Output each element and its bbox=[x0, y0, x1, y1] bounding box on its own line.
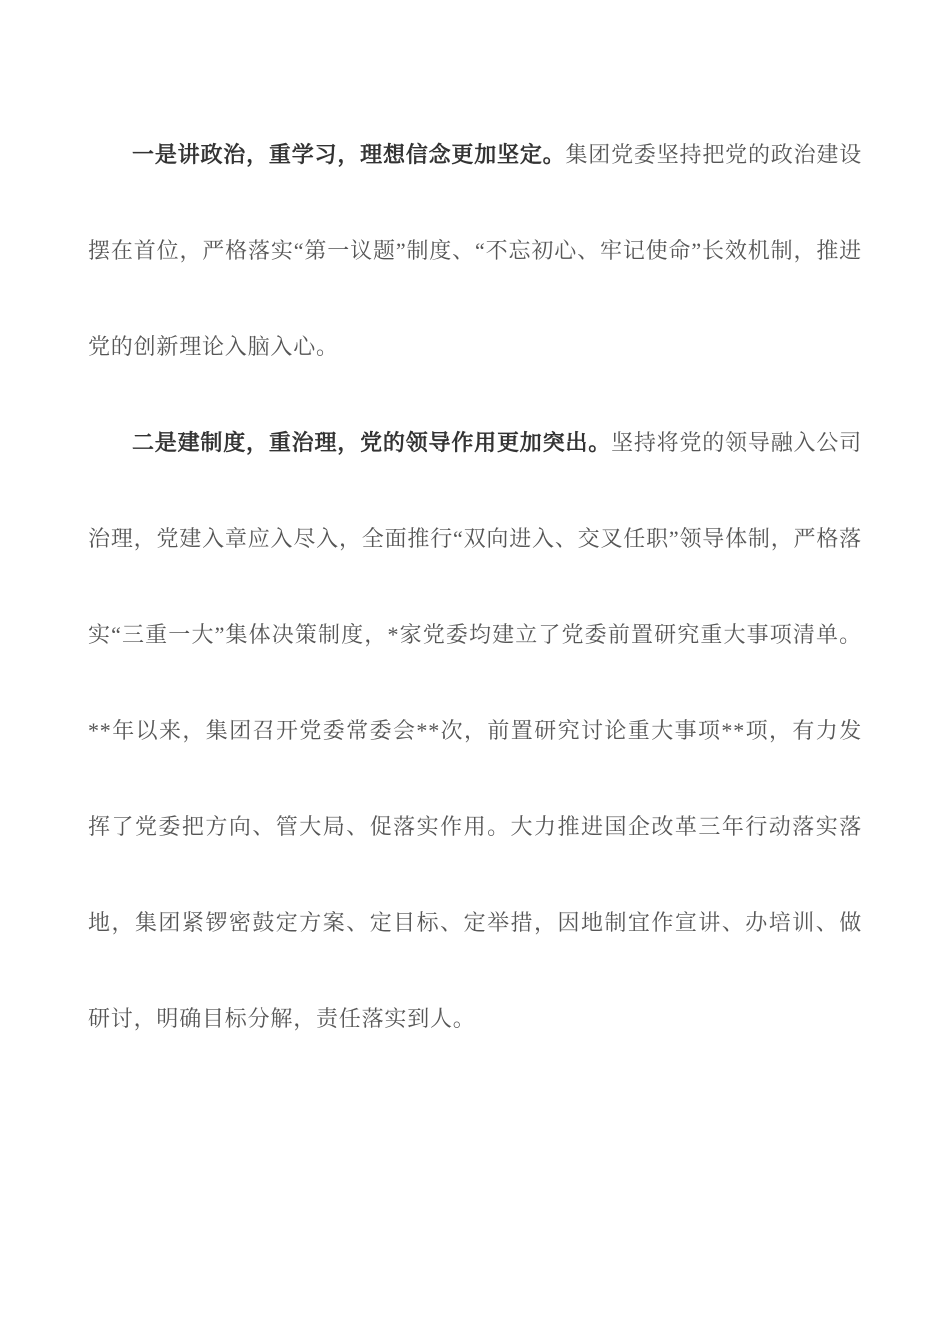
paragraph-governance-body: 坚持将党的领导融入公司治理，党建入章应入尽入，全面推行“双向进入、交叉任职”领导… bbox=[88, 430, 862, 1031]
paragraph-politics-body: 集团党委坚持把党的政治建设摆在首位，严格落实“第一议题”制度、“不忘初心、牢记使… bbox=[88, 142, 862, 359]
paragraph-politics-lead: 一是讲政治，重学习，理想信念更加坚定。 bbox=[132, 142, 565, 167]
paragraph-governance-lead: 二是建制度，重治理，党的领导作用更加突出。 bbox=[132, 430, 611, 455]
document-page: 一是讲政治，重学习，理想信念更加坚定。集团党委坚持把党的政治建设摆在首位，严格落… bbox=[0, 0, 950, 1344]
paragraph-governance: 二是建制度，重治理，党的领导作用更加突出。坚持将党的领导融入公司治理，党建入章应… bbox=[88, 395, 862, 1067]
paragraph-politics: 一是讲政治，重学习，理想信念更加坚定。集团党委坚持把党的政治建设摆在首位，严格落… bbox=[88, 107, 862, 395]
